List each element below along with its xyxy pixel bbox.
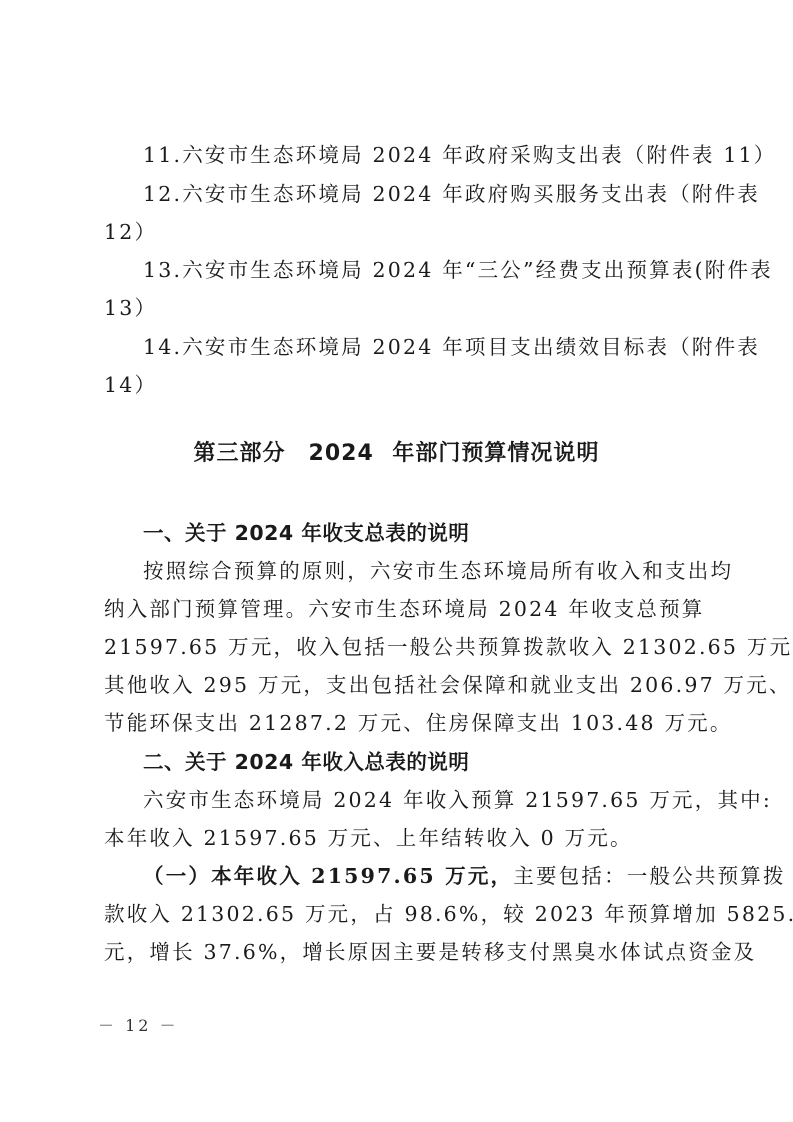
attachment-item-14-continued: 14） xyxy=(104,371,700,399)
subsection-one-lead-line: （一）本年收入 21597.65 万元，主要包括：一般公共预算拨 xyxy=(143,862,700,890)
attachment-item-13: 13.六安市生态环境局 2024 年“三公”经费支出预算表(附件表 xyxy=(143,256,700,284)
section-one-paragraph-line: 按照综合预算的原则，六安市生态环境局所有收入和支出均 xyxy=(143,557,700,585)
attachment-item-11: 11.六安市生态环境局 2024 年政府采购支出表（附件表 11） xyxy=(143,141,700,169)
page-number: － 12 － xyxy=(98,1016,179,1036)
section-one-heading: 一、关于 2024 年收支总表的说明 xyxy=(143,519,700,547)
attachment-item-12: 12.六安市生态环境局 2024 年政府购买服务支出表（附件表 xyxy=(143,180,700,208)
section-one-paragraph-line: 节能环保支出 21287.2 万元、住房保障支出 103.48 万元。 xyxy=(104,709,700,737)
subsection-one-lead-rest: 主要包括：一般公共预算拨 xyxy=(513,864,785,888)
section-two-heading: 二、关于 2024 年收入总表的说明 xyxy=(143,748,700,776)
subsection-one-paragraph-line: 元，增长 37.6%，增长原因主要是转移支付黑臭水体试点资金及 xyxy=(104,938,700,966)
section-title: 第三部分 2024 年部门预算情况说明 xyxy=(0,439,793,469)
subsection-one-paragraph-line: 款收入 21302.65 万元，占 98.6%，较 2023 年预算增加 582… xyxy=(104,900,700,928)
section-one-paragraph-line: 纳入部门预算管理。六安市生态环境局 2024 年收支总预算 xyxy=(104,595,700,623)
attachment-item-12-continued: 12） xyxy=(104,218,700,246)
section-one-paragraph-line: 其他收入 295 万元，支出包括社会保障和就业支出 206.97 万元、 xyxy=(104,671,700,699)
section-two-paragraph-line: 六安市生态环境局 2024 年收入预算 21597.65 万元，其中: xyxy=(143,786,700,814)
attachment-item-14: 14.六安市生态环境局 2024 年项目支出绩效目标表（附件表 xyxy=(143,333,700,361)
attachment-item-13-continued: 13） xyxy=(104,294,700,322)
section-two-paragraph-line: 本年收入 21597.65 万元、上年结转收入 0 万元。 xyxy=(104,824,700,852)
subsection-one-bold-lead: （一）本年收入 21597.65 万元， xyxy=(143,864,513,888)
section-one-paragraph-line: 21597.65 万元，收入包括一般公共预算拨款收入 21302.65 万元、 xyxy=(104,633,700,661)
